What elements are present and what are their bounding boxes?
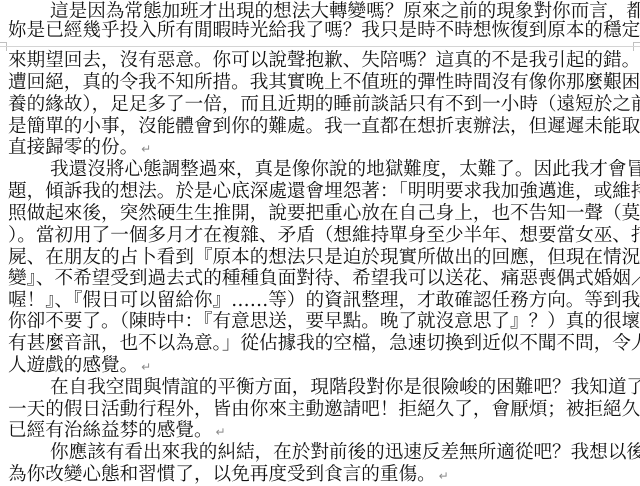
text-line[interactable]: 來期望回去，沒有惡意。你可以說聲抱歉、失陪嗎？這真的不是我引起的錯。呼應你的期待… [8,50,630,72]
text-line[interactable]: 你卻不要了。（陳時中：『有意思送，要早點。晚了就沒意思了』？）真的很壞。連間隔好… [8,311,630,333]
paragraph-mark-icon: ↵ [216,425,226,439]
text-line[interactable]: 我還沒將心態調整過來，真是像你說的地獄難度，太難了。因此我才會冒著這個你最討厭的… [8,159,630,181]
text-line[interactable]: 你應該有看出來我的糾結，在於對前後的迅速反差無所適從吧？我想以後我沒辦法再輕易答… [8,442,630,464]
text-line[interactable]: 有甚麼音訊，也不以為意。」從佔據我的空檔，急速切換到近似不聞不問，令人很困惑，有… [8,333,630,355]
paragraph-mark-icon: ↵ [141,360,151,374]
text-line[interactable]: 養的緣故），足足多了一倍，而且近期的睡前談話只有不到一小時（遠短於之前），所以才… [8,94,630,116]
text-line-content: 妳是已經幾乎投入所有閒暇時光給我了嗎？我只是時不時想恢復到原本的穩定態而已，照你… [8,20,640,41]
text-line-content: 直接歸零的份。 [8,137,138,158]
text-line-content: 為你改變心態和習慣了，以免再度受到食言的重傷。 [8,464,436,485]
text-line[interactable]: 已經有治絲益棼的感覺。↵ [8,420,630,442]
text-line-content: 人遊戲的感覺。 [8,355,138,376]
text-line[interactable]: 妳是已經幾乎投入所有閒暇時光給我了嗎？我只是時不時想恢復到原本的穩定態而已，照你… [8,20,630,42]
text-line[interactable]: ）。當初用了一個多月才在複雜、矛盾（想維持單身至少半年、想要當女巫、打算獨身終老… [8,225,630,247]
page-break-divider [0,46,640,47]
text-line[interactable]: 為你改變心態和習慣了，以免再度受到食言的重傷。↵ [8,464,630,486]
paragraph-mark-icon: ↵ [141,142,151,156]
text-line[interactable]: 喔！』、『假日可以留給你』……等）的資訊整理，才敢確認任務方向。等到我覺得可以送… [8,290,630,312]
text-line[interactable]: 題，傾訴我的想法。於是心底深處還會埋怨著：「明明要求我加強邁進，或維持常態性談話… [8,181,630,203]
text-line[interactable]: 人遊戲的感覺。↵ [8,355,630,377]
text-line[interactable]: 照做起來後，突然硬生生推開，說要把重心放在自己身上，也不告知一聲（莫非講下船那次… [8,203,630,225]
text-line[interactable]: 一天的假日活動行程外，皆由你來主動邀請吧！拒絕久了，會厭煩；被拒絕久了，會煩惱。… [8,399,630,421]
text-line[interactable]: 遭回絕，真的令我不知所措。我其實晚上不值班的彈性時間沒有像你那麼艱困（可能因為沒… [8,72,630,94]
text-line[interactable]: 變』、不希望受到過去式的種種負面對待、希望我可以送花、痛惡喪偶式婚姻／關係、『你… [8,268,630,290]
text-line[interactable]: 屍、在朋友的占卜看到『原本的想法只是迫於現實所做出的回應，但現在情況好轉，想法也… [8,247,630,269]
text-line-content: 已經有治絲益棼的感覺。 [8,420,213,441]
paragraph-mark-icon: ↵ [439,469,449,483]
text-line[interactable]: 直接歸零的份。↵ [8,137,630,159]
text-line[interactable]: 在自我空間與情誼的平衡方面，現階段對你是很險峻的困難吧？我知道了。之後除了目前每… [8,377,630,399]
text-line[interactable]: 是簡單的小事，沒能體會到你的難處。我一直都在想折衷辦法，但遲遲未能取得居中的平衡… [8,116,630,138]
